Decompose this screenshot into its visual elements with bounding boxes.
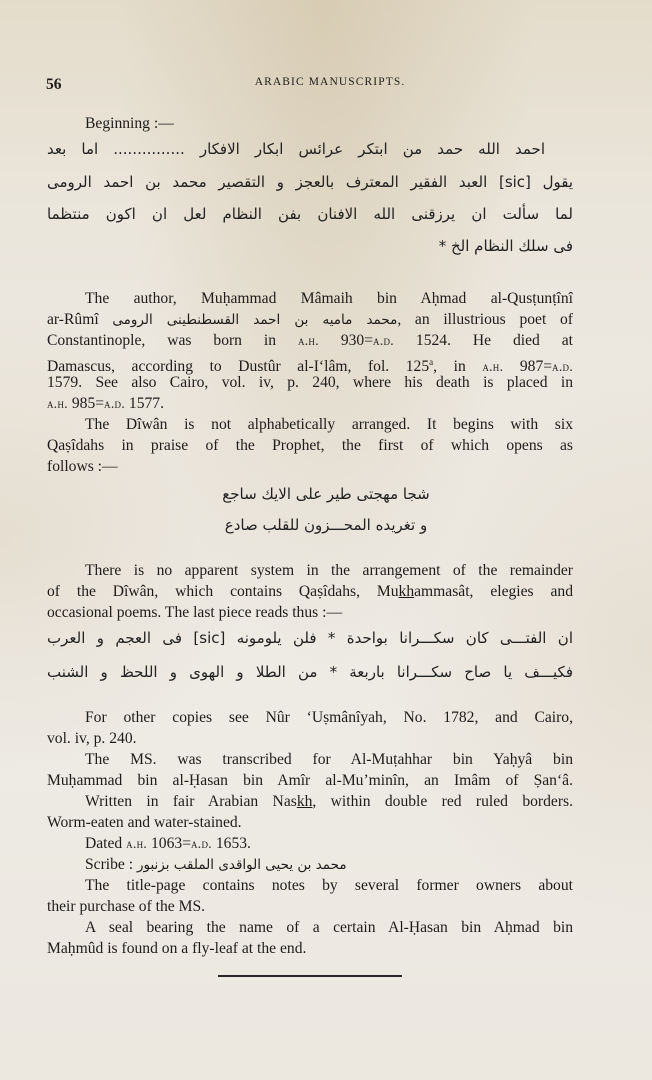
closing-verse-line-2: فكيـــف يا صاح سكـــرانا باربعة * من الط…: [47, 661, 573, 683]
author-para-line-3: Constantinople, was born in a.h. 930=a.d…: [47, 331, 573, 351]
diwan-para-line-2: Qaṣîdahs in praise of the Prophet, the f…: [47, 436, 573, 456]
beginning-label: Beginning :—: [85, 114, 573, 134]
opening-verse-line-2: و تغريده المحـــزون للقلب صادع: [0, 514, 652, 536]
written-para-line-1: Written in fair Arabian Naskh, within do…: [85, 792, 573, 812]
arabic-incipit-line-1: احمد الله حمد من ابتكر عرائس ابكار الافك…: [47, 138, 545, 160]
remainder-para-line-3: occasional poems. The last piece reads t…: [47, 603, 573, 623]
scribe-name-arabic: محمد بن يحيى الواقدى الملقب بزنبور: [137, 857, 347, 873]
author-para-line-1: The author, Muḥammad Mâmaih bin Aḥmad al…: [85, 289, 573, 309]
copies-para-line-2: vol. iv, p. 240.: [47, 729, 573, 749]
titlepage-para-line-1: The title-page contains notes by several…: [85, 876, 573, 896]
arabic-incipit-line-4: فى سلك النظام الخ *: [200, 235, 573, 257]
transcribed-para-line-1: The MS. was transcribed for Al-Muṭahhar …: [85, 750, 573, 770]
arabic-incipit-line-3: لما سألت ان يرزقنى الله الافنان بفن النظ…: [47, 203, 573, 225]
book-page: 56 ARABIC MANUSCRIPTS. Beginning :— احمد…: [0, 0, 652, 1080]
diwan-para-line-1: The Dîwân is not alphabetically arranged…: [85, 415, 573, 435]
copies-para-line-1: For other copies see Nûr ‘Uṣmânîyah, No.…: [85, 708, 573, 728]
author-para-line-6: a.h. 985=a.d. 1577.: [47, 394, 573, 414]
remainder-para-line-2: of the Dîwân, which contains Qaṣîdahs, M…: [47, 582, 573, 602]
closing-verse-line-1: ان الفتـــى كان سكـــرانا بواحدة * فلن ي…: [47, 627, 573, 649]
section-end-rule: [218, 975, 402, 977]
seal-para-line-1: A seal bearing the name of a certain Al-…: [85, 918, 573, 938]
transcribed-para-line-2: Muḥammad bin al-Ḥasan bin Amîr al-Mu’min…: [47, 771, 573, 791]
author-name-arabic: محمد ماميه بن احمد القسطنطينى الرومى: [112, 312, 397, 328]
scribe-line: Scribe : محمد بن يحيى الواقدى الملقب بزن…: [85, 855, 573, 875]
titlepage-para-line-2: their purchase of the MS.: [47, 897, 573, 917]
written-para-line-2: Worm-eaten and water-stained.: [47, 813, 573, 833]
seal-para-line-2: Maḥmûd is found on a fly-leaf at the end…: [47, 939, 573, 959]
author-para-line-2: ar-Rûmî محمد ماميه بن احمد القسطنطينى ال…: [47, 310, 573, 330]
dated-line: Dated a.h. 1063=a.d. 1653.: [85, 834, 573, 854]
author-para-line-5: 1579. See also Cairo, vol. iv, p. 240, w…: [47, 373, 573, 393]
scribe-label: Scribe :: [85, 856, 133, 873]
opening-verse-line-1: شجا مهجتى طير على الايك ساجع: [0, 483, 652, 505]
diwan-para-line-3: follows :—: [47, 457, 573, 477]
arabic-incipit-line-2: يقول [sic] العبد الفقير المعترف بالعجز و…: [47, 171, 573, 193]
remainder-para-line-1: There is no apparent system in the arran…: [85, 561, 573, 581]
running-title: ARABIC MANUSCRIPTS.: [0, 76, 652, 88]
